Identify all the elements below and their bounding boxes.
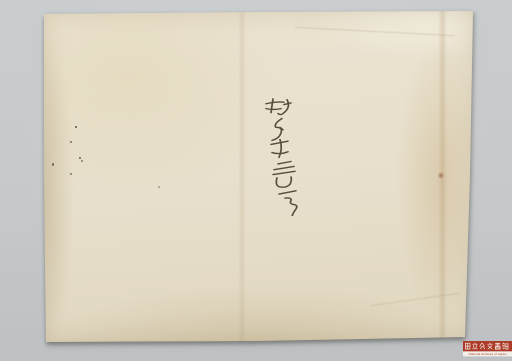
document-paper: 勅令第二百一号 (40, 8, 476, 344)
ink-speck (79, 157, 81, 159)
ink-speck (52, 163, 54, 166)
document-paper-wrapper: 勅令第二百一号 (0, 0, 512, 361)
crease-bottom-right (370, 292, 460, 307)
handwritten-title-calligraphy: 勅令第二百一号 (258, 94, 318, 216)
archives-watermark: 国立公文書館 National Archives of Japan (463, 341, 512, 357)
ink-speck (75, 126, 77, 128)
stain-spot (438, 172, 444, 179)
fold-line-center (238, 8, 246, 344)
ink-speck (81, 160, 83, 162)
ink-speck (70, 141, 72, 143)
archives-stamp-graphic: 国立公文書館 National Archives of Japan (463, 341, 512, 357)
stamp-red-band (463, 341, 512, 351)
scan-background: 勅令第二百一号 (0, 0, 512, 361)
crease-top-right (295, 26, 455, 37)
ink-speck (70, 173, 72, 175)
ink-speck (158, 186, 160, 188)
stamp-en-text: National Archives of Japan (469, 352, 507, 356)
